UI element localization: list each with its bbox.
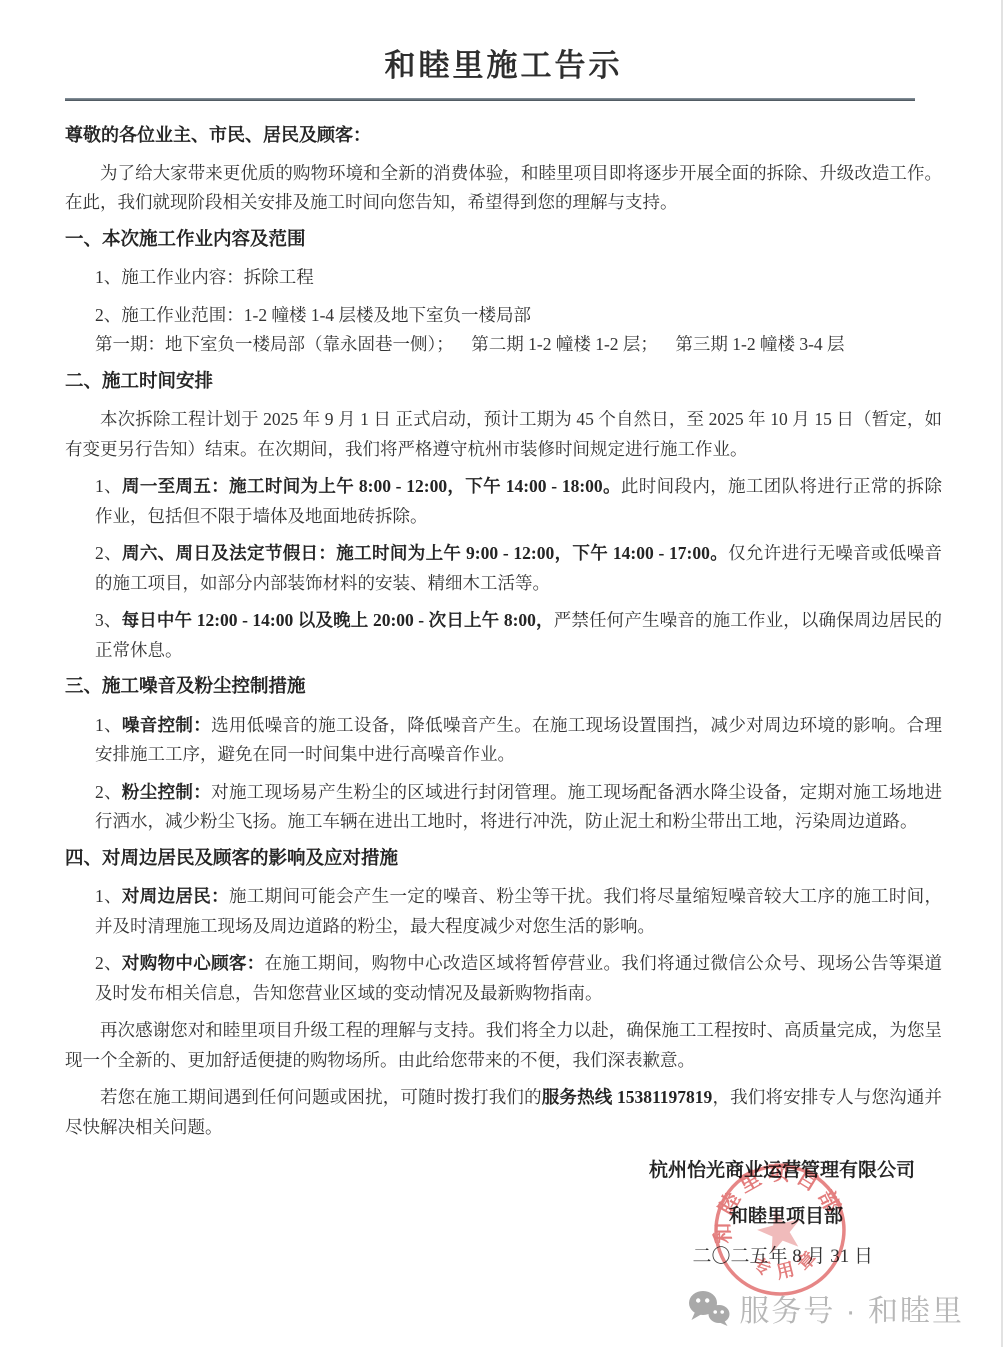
item-bold-lead: 粉尘控制： bbox=[122, 782, 211, 802]
item-bold-lead: 对周边居民： bbox=[122, 886, 229, 906]
signature-date: 二〇二五年 8 月 31 日 bbox=[65, 1242, 873, 1272]
item-bold-lead: 每日中午 12:00 - 14:00 以及晚上 20:00 - 次日上午 8:0… bbox=[122, 610, 554, 630]
title-divider bbox=[65, 98, 915, 101]
signature-block: 杭州怡光商业运营管理有限公司 和睦里项目部 二〇二五年 8 月 31 日 和睦里… bbox=[65, 1156, 942, 1272]
section3-heading: 三、施工噪音及粉尘控制措施 bbox=[65, 673, 942, 703]
item-bold-lead: 对购物中心顾客： bbox=[122, 953, 265, 973]
greeting: 尊敬的各位业主、市民、居民及顾客： bbox=[65, 121, 942, 151]
section4-item1: 1、对周边居民：施工期间可能会产生一定的噪音、粉尘等干扰。我们将尽量缩短噪音较大… bbox=[65, 882, 942, 941]
item-bold-lead: 周一至周五：施工时间为上午 8:00 - 12:00，下午 14:00 - 18… bbox=[122, 476, 621, 496]
section3-item2: 2、粉尘控制：对施工现场易产生粉尘的区域进行封闭管理。施工现场配备洒水降尘设备，… bbox=[65, 778, 942, 837]
department-name: 和睦里项目部 bbox=[65, 1202, 843, 1232]
section3-item1: 1、噪音控制：选用低噪音的施工设备，降低噪音产生。在施工现场设置围挡，减少对周边… bbox=[65, 711, 942, 770]
watermark-text: 服务号 · 和睦里 bbox=[739, 1286, 964, 1330]
section1-item1: 1、施工作业内容：拆除工程 bbox=[65, 263, 942, 293]
company-name: 杭州怡光商业运营管理有限公司 bbox=[65, 1156, 915, 1186]
section1-phases: 第一期：地下室负一楼局部（靠永固巷一侧）； 第二期 1-2 幢楼 1-2 层； … bbox=[65, 330, 942, 360]
page-title: 和睦里施工告示 bbox=[65, 46, 942, 86]
construction-notice-document: 和睦里施工告示 尊敬的各位业主、市民、居民及顾客： 为了给大家带来更优质的购物环… bbox=[0, 0, 1008, 1347]
item-bold-lead: 噪音控制： bbox=[122, 715, 211, 735]
service-hotline-number: 服务热线 15381197819 bbox=[542, 1087, 713, 1107]
wechat-icon bbox=[688, 1290, 730, 1326]
section4-heading: 四、对周边居民及顾客的影响及应对措施 bbox=[65, 845, 942, 875]
item-text: 对施工现场易产生粉尘的区域进行封闭管理。施工现场配备洒水降尘设备，定期对施工场地… bbox=[95, 782, 942, 832]
section2-item2: 2、周六、周日及法定节假日：施工时间为上午 9:00 - 12:00，下午 14… bbox=[65, 539, 942, 598]
item-number: 2、 bbox=[95, 543, 122, 563]
section2-heading: 二、施工时间安排 bbox=[65, 368, 942, 398]
item-bold-lead: 周六、周日及法定节假日：施工时间为上午 9:00 - 12:00，下午 14:0… bbox=[122, 543, 728, 563]
item-number: 1、 bbox=[95, 715, 122, 735]
section1-heading: 一、本次施工作业内容及范围 bbox=[65, 226, 942, 256]
section1-item2: 2、施工作业范围：1-2 幢楼 1-4 层楼及地下室负一楼局部 bbox=[65, 301, 942, 331]
section4-item2: 2、对购物中心顾客：在施工期间，购物中心改造区域将暂停营业。我们将通过微信公众号… bbox=[65, 949, 942, 1008]
page-edge-line bbox=[1001, 0, 1003, 1347]
item-number: 2、 bbox=[95, 953, 122, 973]
hotline-text: 若您在施工期间遇到任何问题或困扰，可随时拨打我们的 bbox=[100, 1087, 542, 1107]
intro-paragraph: 为了给大家带来更优质的购物环境和全新的消费体验，和睦里项目即将逐步开展全面的拆除… bbox=[65, 159, 942, 218]
item-number: 1、 bbox=[95, 886, 122, 906]
section2-item3: 3、每日中午 12:00 - 14:00 以及晚上 20:00 - 次日上午 8… bbox=[65, 606, 942, 665]
item-number: 1、 bbox=[95, 476, 122, 496]
item-text: 选用低噪音的施工设备，降低噪音产生。在施工现场设置围挡，减少对周边环境的影响。合… bbox=[95, 715, 942, 765]
item-number: 2、 bbox=[95, 782, 122, 802]
section2-item1: 1、周一至周五：施工时间为上午 8:00 - 12:00，下午 14:00 - … bbox=[65, 472, 942, 531]
closing-hotline-paragraph: 若您在施工期间遇到任何问题或困扰，可随时拨打我们的服务热线 1538119781… bbox=[65, 1083, 942, 1142]
wechat-watermark: 服务号 · 和睦里 bbox=[688, 1286, 964, 1330]
section2-paragraph: 本次拆除工程计划于 2025 年 9 月 1 日 正式启动，预计工期为 45 个… bbox=[65, 405, 942, 464]
item-number: 3、 bbox=[95, 610, 122, 630]
closing-thanks-paragraph: 再次感谢您对和睦里项目升级工程的理解与支持。我们将全力以赴，确保施工工程按时、高… bbox=[65, 1016, 942, 1075]
